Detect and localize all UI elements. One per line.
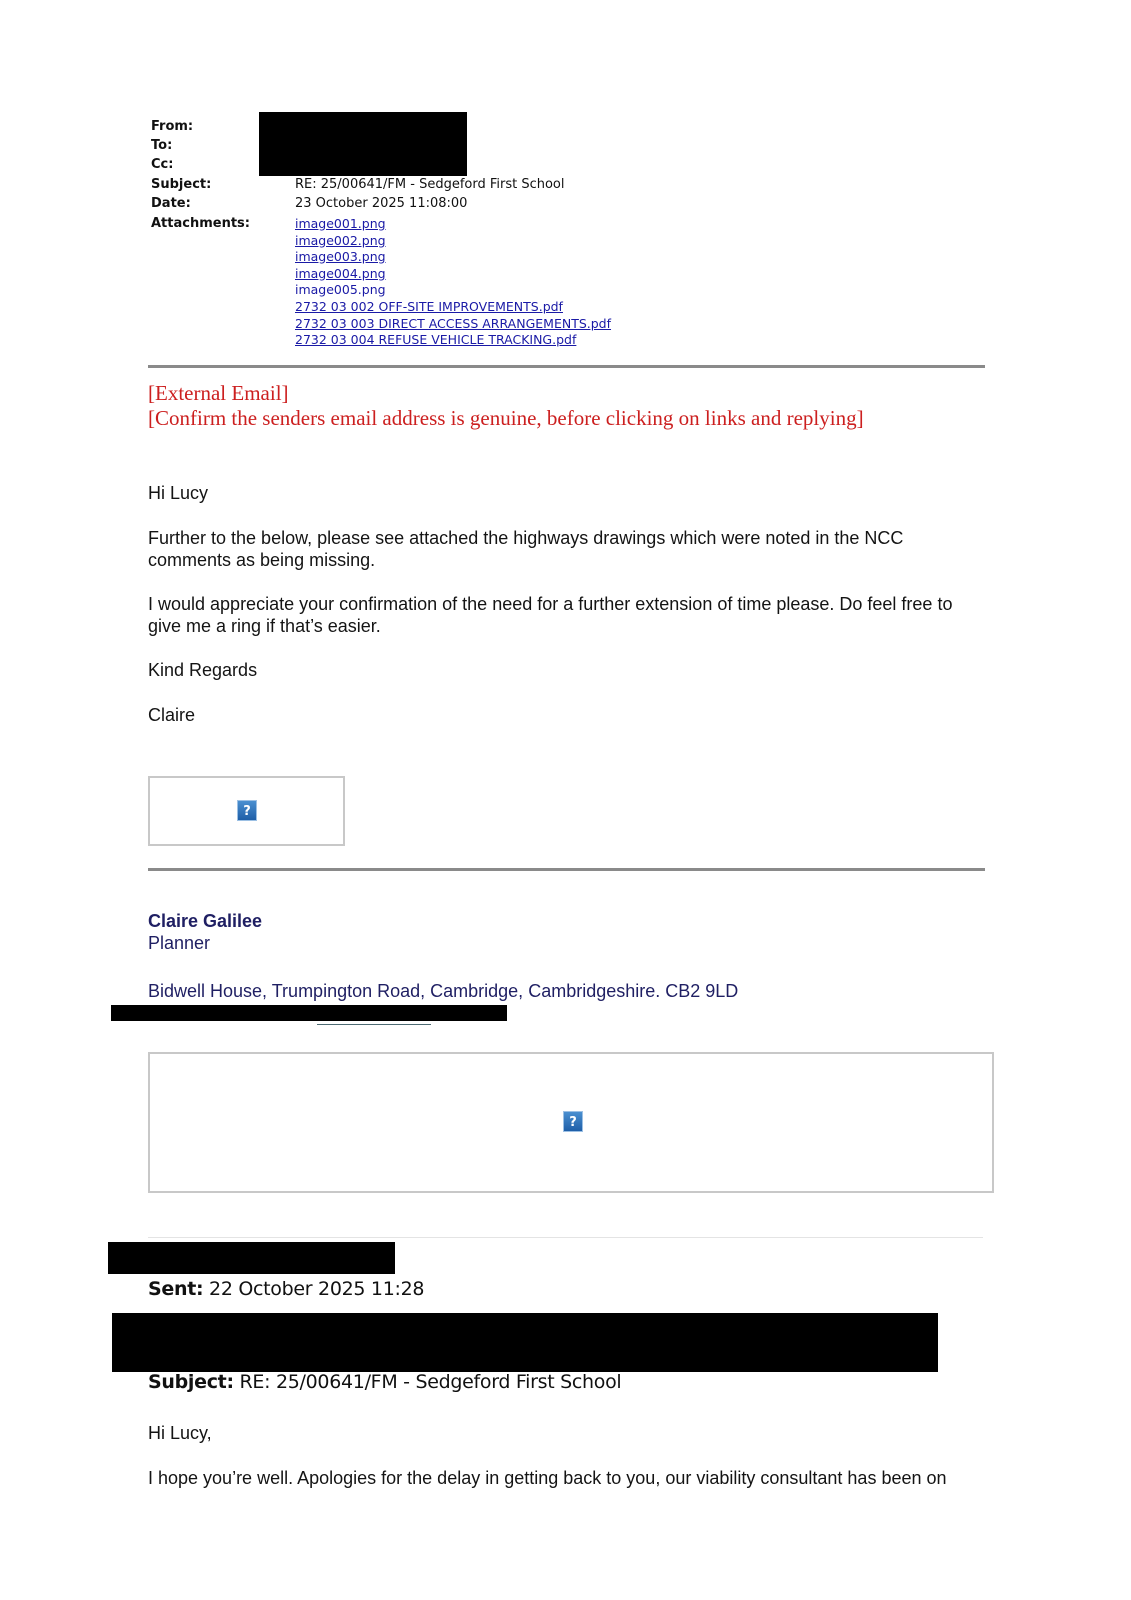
- sent-value: 22 October 2025 11:28: [209, 1278, 424, 1300]
- redaction-to-cc: [112, 1313, 938, 1372]
- subject-value: RE: 25/00641/FM - Sedgeford First School: [295, 177, 565, 192]
- subject-line: Subject: RE: 25/00641/FM - Sedgeford Fir…: [148, 1371, 621, 1393]
- greeting: Hi Lucy: [148, 482, 978, 504]
- signature-role: Planner: [148, 933, 210, 954]
- redaction-recipients: [259, 112, 467, 176]
- external-email-warning: [External Email]: [148, 381, 289, 406]
- paragraph-2: I would appreciate your confirmation of …: [148, 593, 978, 637]
- signature-link-underline: [317, 1024, 431, 1025]
- forward-divider: [148, 1237, 983, 1238]
- header-divider: [148, 365, 985, 368]
- signature-name: Claire Galilee: [148, 911, 262, 932]
- confirm-sender-warning: [Confirm the senders email address is ge…: [148, 406, 864, 431]
- redaction-from: [108, 1242, 395, 1274]
- banner-image-placeholder: ?: [148, 1052, 994, 1193]
- to-label: To:: [151, 138, 172, 153]
- attachment-link[interactable]: 2732 03 002 OFF-SITE IMPROVEMENTS.pdf: [295, 299, 563, 314]
- image-placeholder-box: ?: [148, 776, 345, 846]
- closing: Kind Regards: [148, 659, 978, 681]
- attachment-link[interactable]: image005.png: [295, 282, 386, 297]
- sent-line: Sent: 22 October 2025 11:28: [148, 1278, 424, 1300]
- attachment-link[interactable]: image003.png: [295, 249, 386, 264]
- date-value: 23 October 2025 11:08:00: [295, 196, 467, 211]
- forward-greeting: Hi Lucy,: [148, 1422, 978, 1444]
- signoff: Claire: [148, 704, 978, 726]
- paragraph-1: Further to the below, please see attache…: [148, 527, 978, 571]
- from-label: From:: [151, 119, 193, 134]
- attachment-link[interactable]: image004.png: [295, 266, 386, 281]
- forward-subject-label: Subject:: [148, 1371, 234, 1393]
- forward-paragraph-1: I hope you’re well. Apologies for the de…: [148, 1467, 978, 1489]
- missing-image-icon: ?: [563, 1111, 583, 1132]
- attachments-label: Attachments:: [151, 216, 250, 231]
- sent-label: Sent:: [148, 1278, 203, 1300]
- date-label: Date:: [151, 196, 191, 211]
- attachment-link[interactable]: image001.png: [295, 216, 386, 231]
- missing-image-icon: ?: [237, 800, 257, 821]
- redaction-contact: [111, 1005, 507, 1021]
- signature-address: Bidwell House, Trumpington Road, Cambrid…: [148, 981, 738, 1002]
- attachment-link[interactable]: image002.png: [295, 233, 386, 248]
- attachment-link[interactable]: 2732 03 003 DIRECT ACCESS ARRANGEMENTS.p…: [295, 316, 611, 331]
- signature-divider: [148, 868, 985, 871]
- attachment-link[interactable]: 2732 03 004 REFUSE VEHICLE TRACKING.pdf: [295, 332, 576, 347]
- cc-label: Cc:: [151, 157, 173, 172]
- forward-subject-value: RE: 25/00641/FM - Sedgeford First School: [240, 1371, 622, 1393]
- subject-label: Subject:: [151, 177, 211, 192]
